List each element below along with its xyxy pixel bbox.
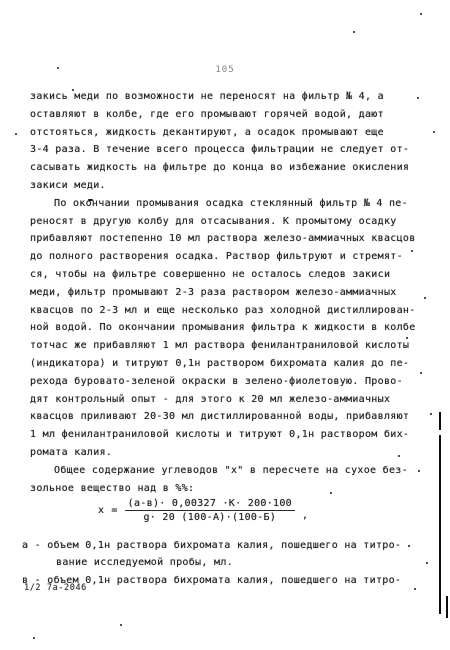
scan-speck: [424, 297, 426, 299]
formula-fraction: (а-в)· 0,00327 ·К· 200·100 g· 20 (100-А)…: [125, 498, 295, 523]
scan-edge-line-artifact: [439, 412, 441, 614]
scan-speck: [120, 624, 122, 626]
text-line: ромата калия.: [30, 444, 428, 462]
scan-speck: [420, 372, 422, 374]
text-line: тотчас же прибавляют 1 мл раствора фенил…: [30, 337, 428, 355]
paragraph-3: Общее содержание углеводов "х" в пересче…: [30, 462, 428, 498]
footnote-line: а - объем 0,1н раствора бихромата калия,…: [22, 537, 401, 554]
formula: х = (а-в)· 0,00327 ·К· 200·100 g· 20 (10…: [98, 498, 308, 523]
footnote-line: вание исследуемой пробы, мл.: [56, 554, 233, 571]
scan-speck: [417, 97, 419, 99]
paragraph-2: По окончании промывания осадка стеклянны…: [30, 195, 428, 462]
scan-speck: [430, 413, 432, 415]
text-line: 1 мл фенилантраниловой кислоты и титруют…: [30, 426, 428, 444]
text-line: ся, чтобы на фильтре совершенно не остал…: [30, 266, 428, 284]
scan-speck: [406, 337, 408, 339]
scan-speck: [330, 492, 332, 494]
text-line: меди, фильтр промывают 2-3 раза растворо…: [30, 284, 428, 302]
text-line: до полного растворения осадка. Раствор ф…: [30, 248, 428, 266]
text-line: ной водой. По окончании промывания фильт…: [30, 319, 428, 337]
text-line: закись меди по возможности не переносят …: [30, 88, 428, 106]
scan-speck: [15, 133, 17, 135]
scan-speck: [353, 31, 355, 33]
print-signature-code: 1/2 7а-2046: [24, 583, 87, 593]
formula-equals-sign: =: [111, 505, 117, 516]
paragraph-1: закись меди по возможности не переносят …: [30, 88, 428, 195]
formula-comma: ,: [302, 510, 308, 521]
scan-speck: [414, 588, 416, 590]
scan-speck: [418, 470, 420, 472]
page-number: 105: [0, 65, 450, 75]
text-line: отстояться, жидкость декантируют, а осад…: [30, 124, 428, 142]
text-line: квасцов по 2-3 мл и еще несколько раз хо…: [30, 302, 428, 320]
scan-speck: [411, 250, 413, 252]
scan-speck: [420, 13, 422, 15]
body-text: закись меди по возможности не переносят …: [30, 88, 428, 497]
scan-speck: [72, 89, 74, 91]
text-line: квасцов приливают 20-30 мл дистиллирован…: [30, 408, 428, 426]
scan-speck: [33, 637, 35, 639]
formula-denominator: g· 20 (100-А)·(100-Б): [125, 510, 295, 523]
text-line: Общее содержание углеводов "х" в пересче…: [30, 462, 428, 480]
scan-speck: [408, 545, 410, 547]
text-line: оставляют в колбе, где его промывают гор…: [30, 106, 428, 124]
text-line: зольное вещество над в %%:: [30, 480, 428, 498]
text-line: дят контрольный опыт - для этого к 20 мл…: [30, 391, 428, 409]
text-line: (индикатора) и титруют 0,1н раствором би…: [30, 355, 428, 373]
text-line: По окончании промывания осадка стеклянны…: [30, 195, 428, 213]
text-line: 3-4 раза. В течение всего процесса фильт…: [30, 141, 428, 159]
scan-speck: [426, 562, 428, 564]
scan-content-layer: 105 закись меди по возможности не перено…: [0, 0, 450, 650]
text-line: реносят в другую колбу для отсасывания. …: [30, 213, 428, 231]
scan-speck: [433, 131, 435, 133]
scan-speck: [398, 455, 400, 457]
scan-speck: [88, 199, 93, 201]
scanned-document-page: 105 закись меди по возможности не перено…: [0, 0, 450, 650]
text-line: рехода буровато-зеленой окраски в зелено…: [30, 373, 428, 391]
scan-speck: [57, 67, 59, 69]
text-line: прибавляют постепенно 10 мл раствора жел…: [30, 230, 428, 248]
scan-edge-tick-artifact: [446, 596, 448, 618]
text-line: закиси меди.: [30, 177, 428, 195]
formula-lhs: х: [98, 505, 104, 516]
text-line: сасывать жидкость на фильтре до конца во…: [30, 159, 428, 177]
formula-numerator: (а-в)· 0,00327 ·К· 200·100: [125, 498, 295, 510]
scan-edge-line-gap: [438, 430, 442, 435]
